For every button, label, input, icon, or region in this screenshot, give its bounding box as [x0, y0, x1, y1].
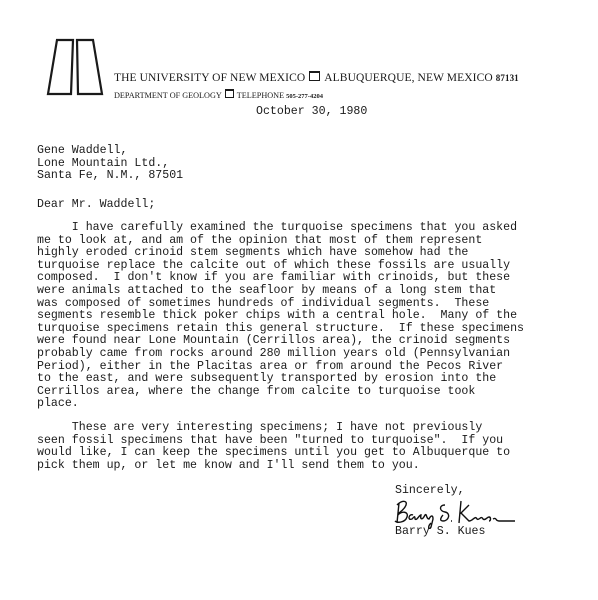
- department-name: DEPARTMENT OF GEOLOGY: [114, 91, 222, 100]
- university-logo-icon: [45, 38, 105, 96]
- body-paragraph: I have carefully examined the turquoise …: [37, 222, 524, 411]
- zip-code: 87131: [496, 73, 519, 83]
- address-line: Gene Waddell,: [37, 145, 183, 158]
- signatory-name: Barry S. Kues: [395, 526, 485, 539]
- telephone-number: 505-277-4204: [286, 93, 323, 100]
- separator-box-icon: [225, 89, 234, 98]
- letter-date: October 30, 1980: [256, 106, 367, 119]
- institution-name: THE UNIVERSITY OF NEW MEXICO: [114, 72, 305, 84]
- salutation: Dear Mr. Waddell;: [37, 199, 155, 212]
- closing: Sincerely,: [395, 485, 465, 498]
- letterhead-department-line: DEPARTMENT OF GEOLOGYTELEPHONE 505-277-4…: [114, 89, 323, 100]
- address-line: Santa Fe, N.M., 87501: [37, 170, 183, 183]
- separator-box-icon: [309, 71, 320, 81]
- city-state: ALBUQUERQUE, NEW MEXICO: [324, 72, 493, 84]
- telephone-label: TELEPHONE: [237, 91, 284, 100]
- letterhead-institution-line: THE UNIVERSITY OF NEW MEXICOALBUQUERQUE,…: [114, 71, 519, 84]
- body-paragraph: These are very interesting specimens; I …: [37, 422, 510, 472]
- recipient-address: Gene Waddell,Lone Mountain Ltd.,Santa Fe…: [37, 145, 183, 183]
